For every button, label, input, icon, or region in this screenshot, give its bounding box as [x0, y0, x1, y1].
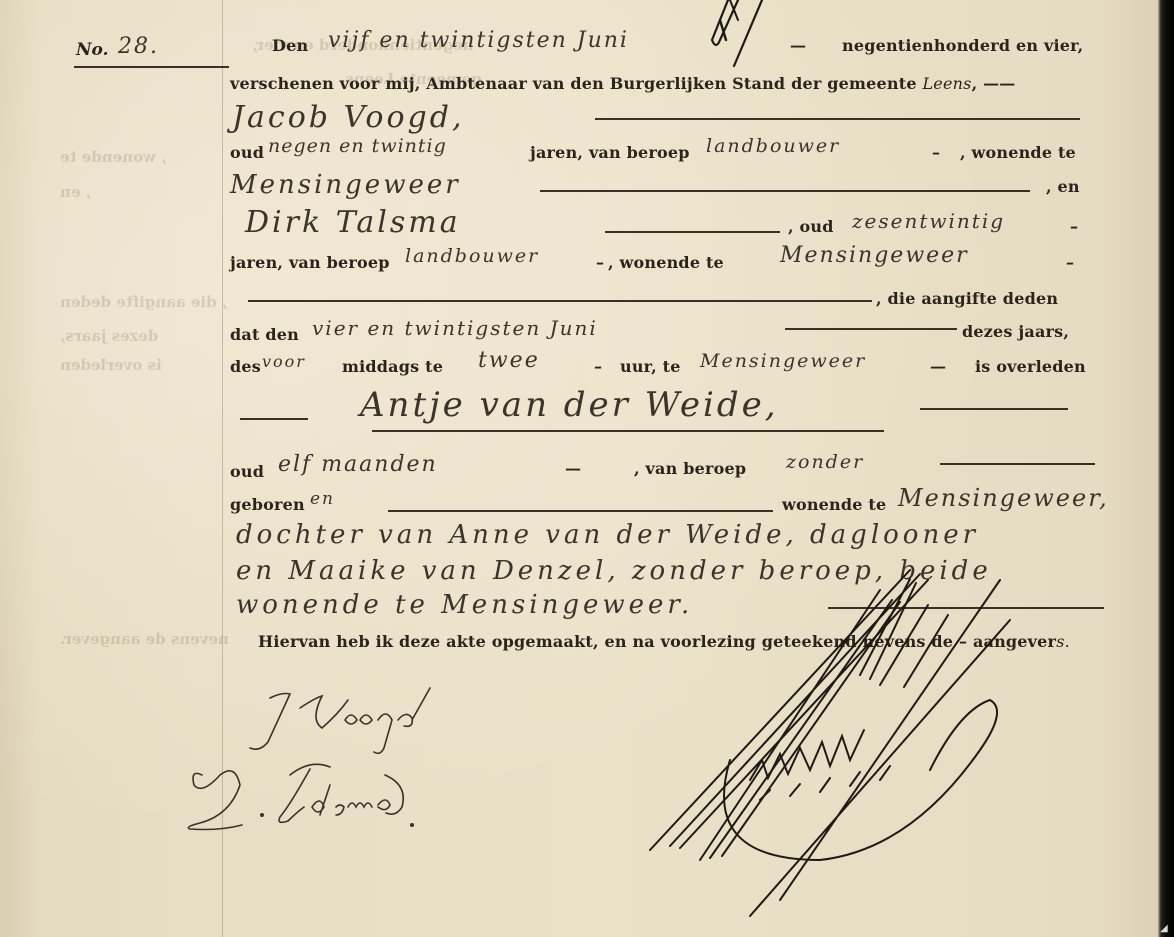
print-wonende: wonende te [782, 495, 886, 514]
declarant2-age: zesentwintig [852, 209, 1005, 233]
book-spine-shadow [1158, 0, 1174, 937]
signature-flourish-mid [820, 575, 960, 700]
print-aangifte: , die aangifte deden [876, 289, 1058, 308]
registrar-text: verschenen voor mij, Ambtenaar van den B… [230, 74, 917, 93]
plural-suffix: s. [1056, 632, 1070, 651]
declarant1-name: Jacob Voogd, [232, 100, 465, 135]
print-jaren-beroep: jaren, van beroep [230, 253, 390, 272]
bleed-through-text: , die aangifte deden [60, 293, 227, 311]
deceased-name: Antje van der Weide, [360, 385, 779, 425]
hour-of-death: twee [478, 348, 540, 373]
declarant2-residence: Mensingeweer [780, 243, 969, 268]
print-middags: middags te [342, 357, 443, 376]
print-beroep: , van beroep [634, 459, 746, 478]
date-of-declaration: vijf en twintigsten Juni [328, 28, 629, 53]
declarant2-occupation: landbouwer [405, 245, 539, 267]
blank-rule [240, 418, 308, 420]
deceased-name-underline [372, 430, 884, 432]
bleed-through-text: , en [60, 183, 91, 201]
record-number: 28. [118, 34, 159, 59]
municipality: Leens [922, 74, 971, 93]
blank-rule [920, 408, 1068, 410]
signature-declarant2: D. Talsma. [180, 745, 440, 840]
resize-grip-icon: ◢ [1160, 923, 1172, 935]
blank-rule [388, 510, 773, 512]
parents-line-1: dochter van Anne van der Weide, dagloone… [236, 520, 979, 550]
declarant1-age: negen en twintig [268, 135, 447, 157]
print-wonende: , wonende te [608, 253, 724, 272]
blank-rule [940, 463, 1095, 465]
bleed-through-text: , wonende te [60, 148, 166, 166]
print-uur: uur, te [620, 357, 681, 376]
print-dash: — [565, 459, 581, 478]
parents-line-3: wonende te Mensingeweer. [236, 590, 693, 620]
birthplace: en [310, 489, 335, 509]
part-of-day: voor [262, 352, 306, 371]
bleed-through-text: nevens de aangever. [60, 630, 229, 648]
print-oud: oud [230, 143, 264, 162]
print-jaren-beroep: jaren, van beroep [530, 143, 690, 162]
blank-rule [605, 231, 780, 233]
print-oud: , oud [788, 217, 834, 236]
print-dash: — [930, 357, 946, 376]
print-dash: – [1070, 217, 1078, 236]
print-registrar-statement: verschenen voor mij, Ambtenaar van den B… [230, 74, 1016, 93]
print-year: negentienhonderd en vier, [842, 36, 1083, 55]
print-dezes-jaars: dezes jaars, [962, 322, 1069, 341]
print-overleden: is overleden [975, 357, 1086, 376]
print-dash: – [594, 357, 602, 376]
document-page: negentienhonderd en vier, gemeente Leens… [0, 0, 1158, 937]
print-dash: — [790, 36, 806, 55]
place-of-death: Mensingeweer [700, 350, 866, 372]
print-dash: – [932, 143, 940, 162]
declarant1-occupation: landbouwer [706, 135, 840, 157]
blank-rule [540, 190, 1030, 192]
print-en: , en [1046, 177, 1080, 196]
bleed-through-text: dezes jaars, [60, 327, 158, 345]
print-dash: – [1066, 253, 1074, 272]
signature-flourish-top [690, 0, 770, 85]
declarant2-name: Dirk Talsma [245, 205, 461, 240]
print-des: des [230, 357, 261, 376]
declarant1-residence: Mensingeweer [230, 170, 461, 200]
print-geboren: geboren [230, 495, 305, 514]
deceased-occupation: zonder [786, 451, 864, 473]
blank-rule [785, 328, 957, 330]
print-oud: oud [230, 462, 264, 481]
line2-tail: , —— [972, 74, 1016, 93]
date-of-death: vier en twintigsten Juni [312, 316, 598, 340]
deceased-age: elf maanden [278, 452, 438, 477]
print-dat-den: dat den [230, 325, 299, 344]
deceased-residence: Mensingeweer, [898, 484, 1109, 512]
print-dash: – [596, 253, 604, 272]
blank-rule [595, 118, 1080, 120]
record-number-label: No. [76, 40, 109, 60]
bleed-through-text: is overleden [60, 356, 162, 374]
print-den: Den [272, 36, 308, 55]
print-wonende: , wonende te [960, 143, 1076, 162]
record-number-underline [74, 66, 229, 68]
blank-rule [248, 300, 872, 302]
